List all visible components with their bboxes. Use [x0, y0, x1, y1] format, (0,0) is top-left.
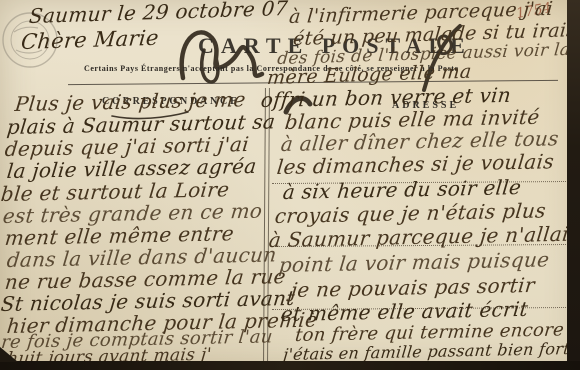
- photo-edge-bottom: [0, 361, 580, 370]
- postcard: CARTE POSTALE Certains Pays Étrangers n'…: [0, 0, 580, 370]
- handwriting-line: à Saumur parceque je n'allais: [268, 223, 580, 250]
- photo-background: CARTE POSTALE Certains Pays Étrangers n'…: [0, 0, 580, 370]
- handwriting-line: point la voir mais puisque: [278, 249, 550, 275]
- photo-corner-bottom-left: [0, 347, 18, 362]
- handwriting-dateline: Saumur le 29 octobre 07: [28, 0, 289, 26]
- handwriting-salutation: Chère Marie: [20, 28, 160, 53]
- handwriting-line: les dimanches si je voulais: [276, 151, 555, 177]
- photo-edge-right: [567, 0, 580, 370]
- handwriting-line: à six heure du soir elle: [282, 177, 522, 202]
- handwriting-line: j'étais en famille passant bien fort: [282, 341, 570, 363]
- handwriting-line: je ne pouvais pas sortir: [290, 275, 536, 300]
